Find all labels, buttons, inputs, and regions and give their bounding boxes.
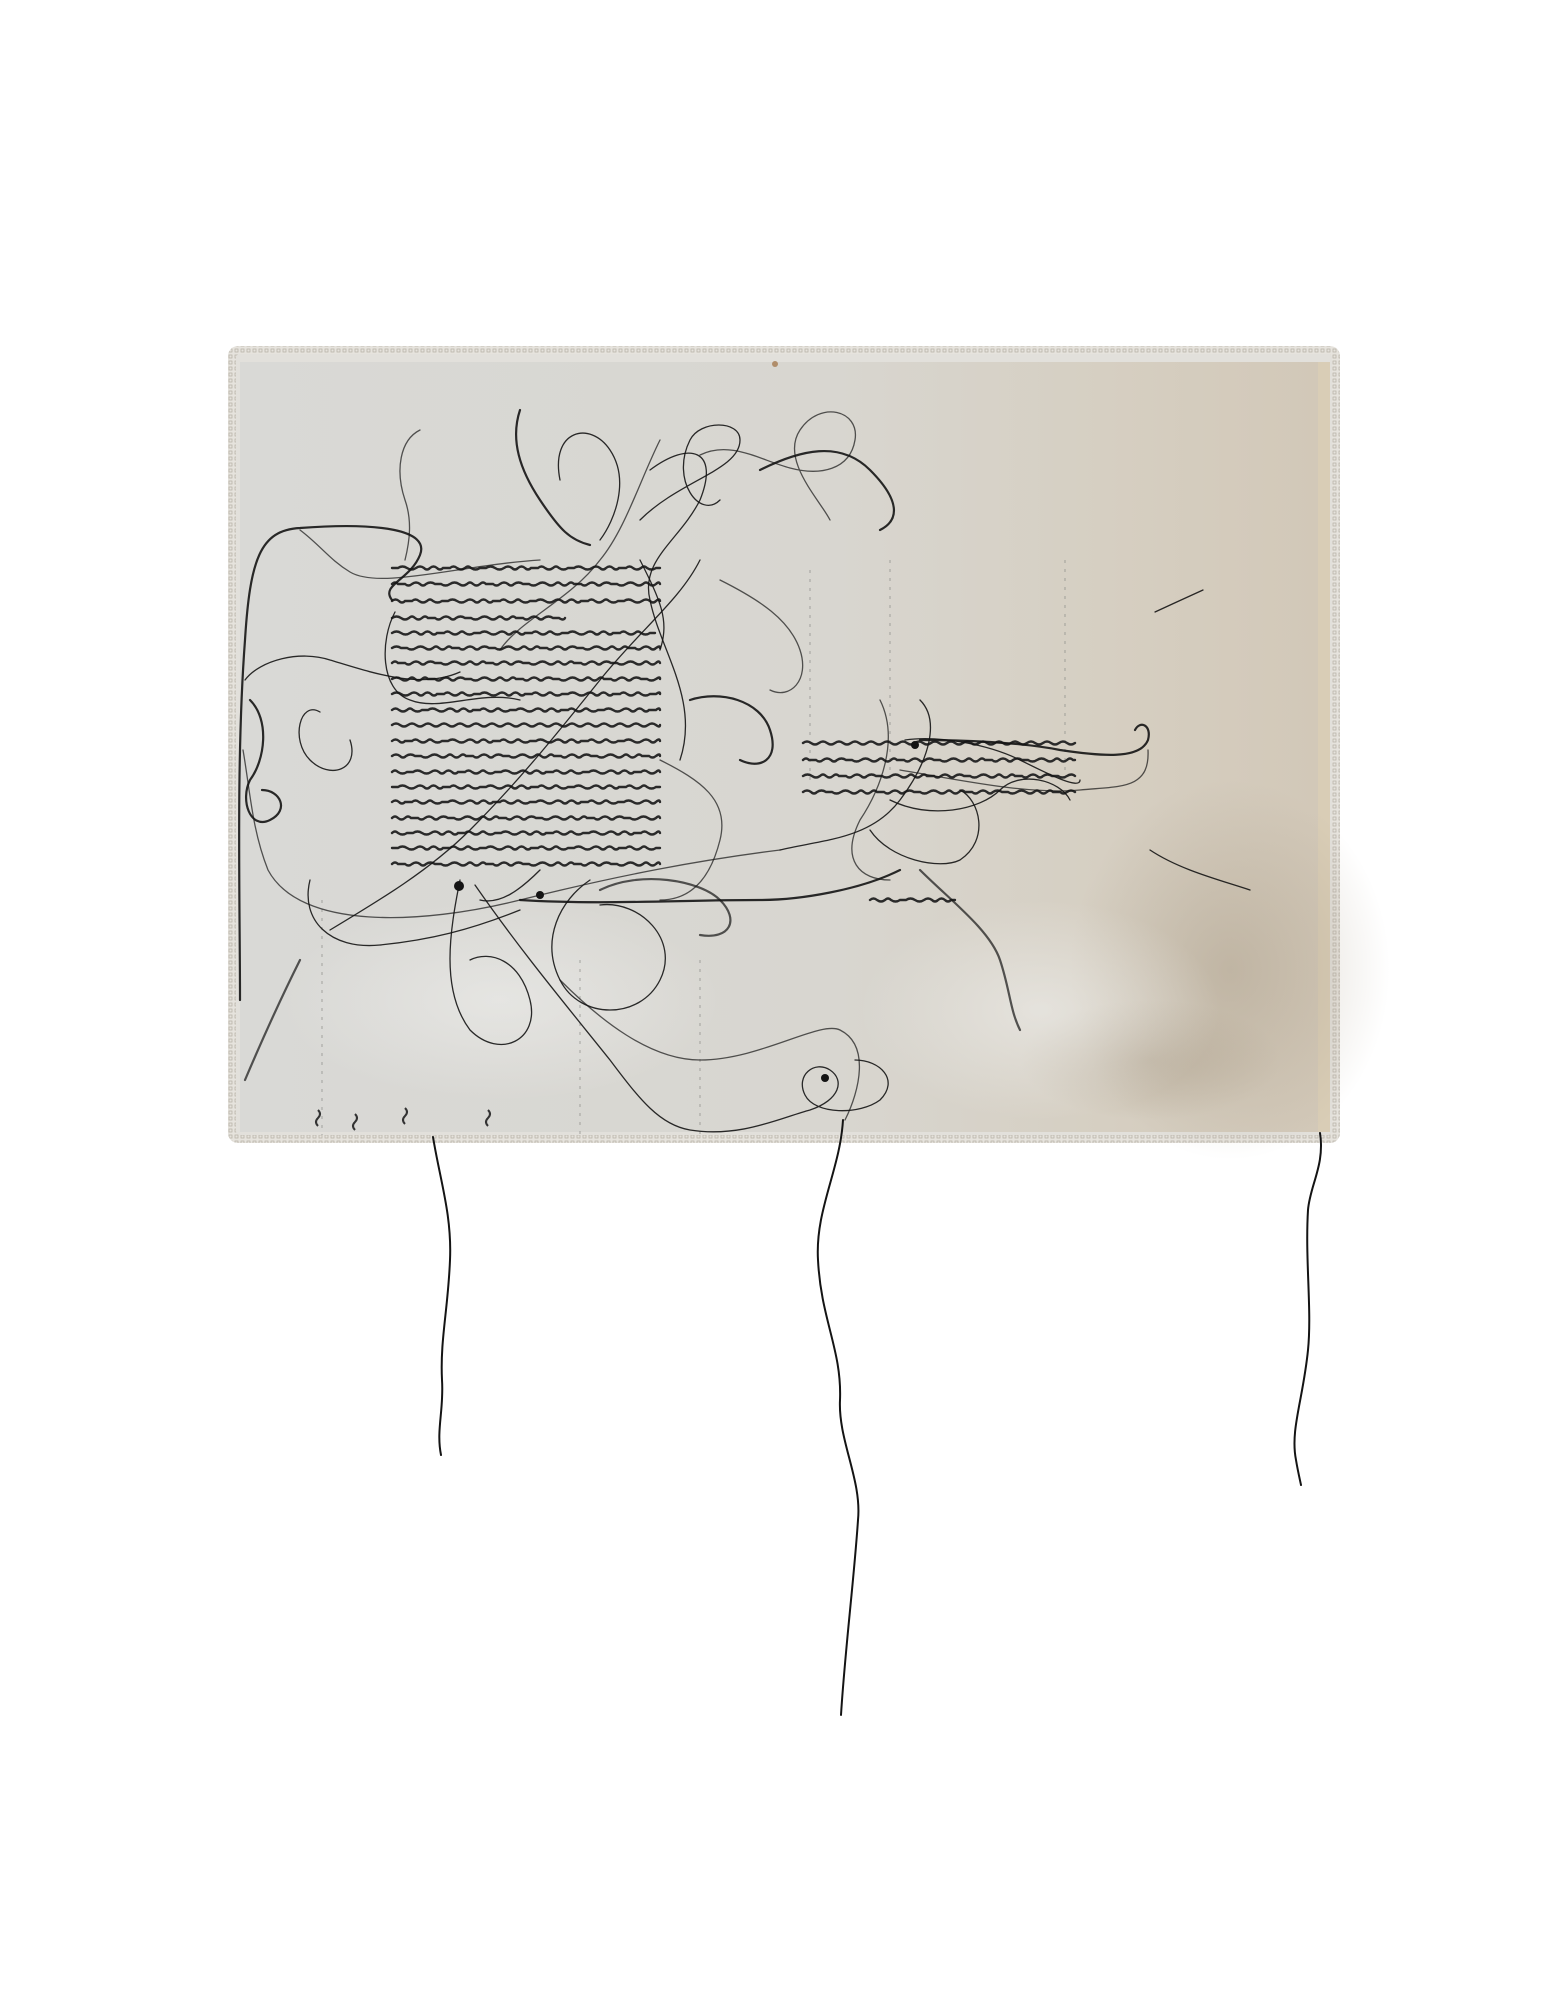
hanging-threads bbox=[433, 1120, 1321, 1715]
thread-left bbox=[433, 1137, 450, 1455]
thread-right bbox=[1294, 1133, 1321, 1485]
thread-knot bbox=[821, 1074, 829, 1082]
thread-center bbox=[818, 1120, 859, 1715]
thread-knot bbox=[911, 741, 919, 749]
thread-knot bbox=[536, 891, 544, 899]
thread-knot bbox=[454, 881, 464, 891]
artwork-photograph bbox=[0, 0, 1556, 2000]
